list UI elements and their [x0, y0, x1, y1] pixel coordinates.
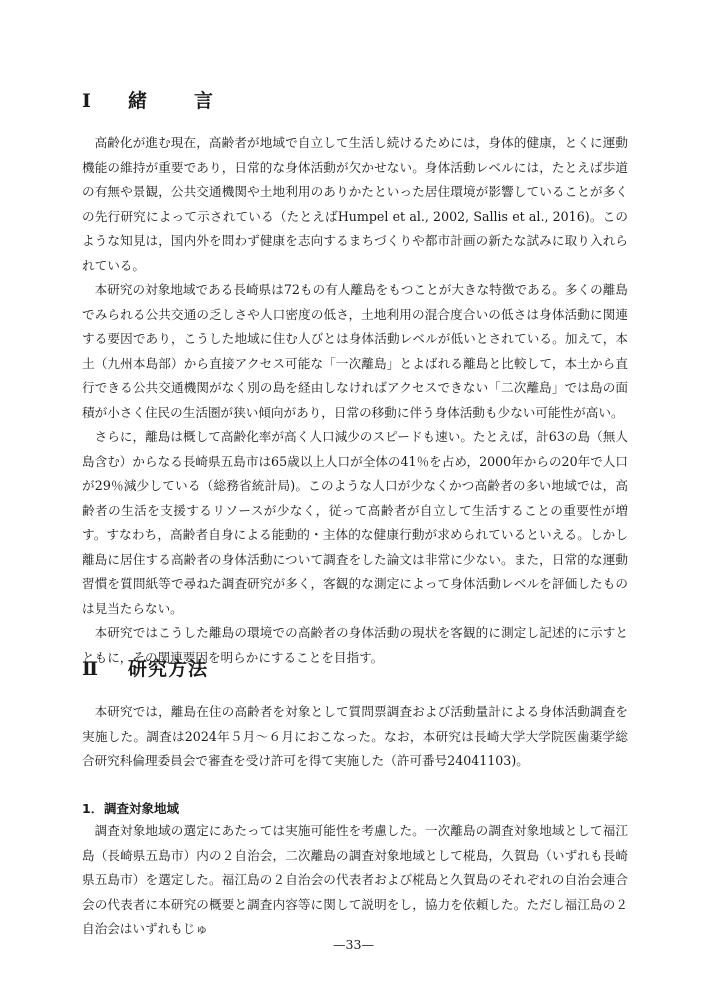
- subsection-number: 1．: [82, 799, 104, 817]
- section-title: 緒 言: [128, 90, 227, 112]
- introduction-body: 高齢化が進む現在，高齢者が地域で自立して生活し続けるためには，身体的健康，とくに…: [82, 131, 628, 670]
- paragraph: 本研究では，離島在住の高齢者を対象として質問票調査および活動量計による身体活動調…: [82, 700, 628, 774]
- paragraph: 調査対象地域の選定にあたっては実施可能性を考慮した。一次離島の調査対象地域として…: [82, 819, 628, 942]
- study-area-body: 調査対象地域の選定にあたっては実施可能性を考慮した。一次離島の調査対象地域として…: [82, 819, 628, 942]
- subsection-title: 調査対象地域: [104, 801, 179, 816]
- section-heading-methods: Ⅱ研究方法: [82, 654, 208, 681]
- section-number: Ⅰ: [82, 90, 128, 112]
- methods-body: 本研究では，離島在住の高齢者を対象として質問票調査および活動量計による身体活動調…: [82, 700, 628, 774]
- paragraph: 高齢化が進む現在，高齢者が地域で自立して生活し続けるためには，身体的健康，とくに…: [82, 131, 628, 278]
- section-title: 研究方法: [128, 658, 208, 680]
- paragraph: 本研究の対象地域である長崎県は72もの有人離島をもつことが大きな特徴である。多く…: [82, 278, 628, 425]
- subsection-heading-study-area: 1．調査対象地域: [82, 799, 179, 817]
- page-number: —33—: [0, 937, 707, 952]
- section-heading-introduction: Ⅰ緒 言: [82, 86, 227, 113]
- paper-page: Ⅰ緒 言 高齢化が進む現在，高齢者が地域で自立して生活し続けるためには，身体的健…: [0, 0, 707, 1000]
- section-number: Ⅱ: [82, 658, 128, 680]
- paragraph: さらに，離島は概して高齢化率が高く人口減少のスピードも速い。たとえば，計63の島…: [82, 425, 628, 621]
